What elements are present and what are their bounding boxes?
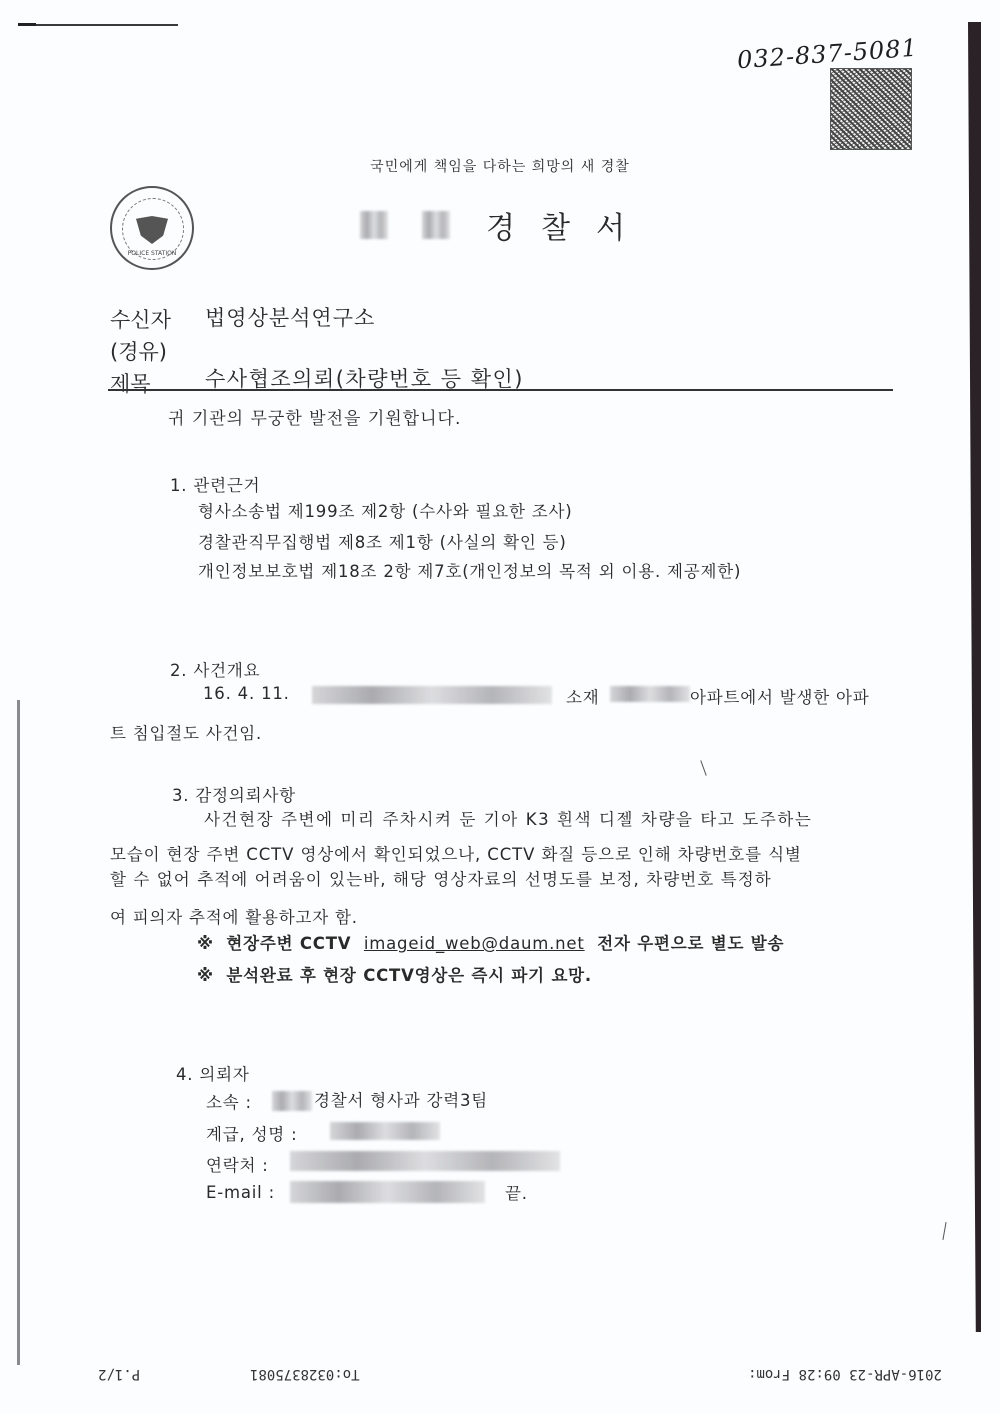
legal-basis-line: 형사소송법 제199조 제2항 (수사와 필요한 조사) bbox=[198, 498, 572, 522]
greeting: 귀 기관의 무궁한 발전을 기원합니다. bbox=[168, 404, 461, 429]
requester-affiliation-value: 경찰서 형사과 강력3팀 bbox=[314, 1087, 488, 1111]
redacted-contact bbox=[290, 1151, 560, 1171]
scan-right-edge-bar bbox=[968, 22, 981, 1332]
redacted-email bbox=[290, 1181, 485, 1203]
redacted-address bbox=[312, 686, 552, 704]
fax-timestamp: 2016-APR-23 09:28 From: bbox=[748, 1366, 942, 1382]
scan-edge-mark bbox=[18, 23, 36, 26]
redacted-block bbox=[360, 211, 388, 239]
incident-summary-continuation: 트 침입절도 사건임. bbox=[110, 720, 262, 744]
section-3-heading: 3. 감정의뢰사항 bbox=[172, 782, 296, 806]
recipient-value: 법영상분석연구소 bbox=[205, 302, 375, 332]
title-text: 경찰서 bbox=[486, 203, 651, 247]
section-1-heading: 1. 관련근거 bbox=[170, 472, 260, 496]
note-cctv-email: ※ 현장주변 CCTV imageid_web@daum.net 전자 우편으로… bbox=[197, 930, 784, 954]
request-detail-line: 여 피의자 추적에 활용하고자 함. bbox=[110, 904, 358, 928]
legal-basis-line: 경찰관직무집행법 제8조 제1항 (사실의 확인 등) bbox=[198, 529, 567, 553]
via-label: (경유) bbox=[110, 336, 167, 366]
request-detail-line: 사건현장 주변에 미리 주차시켜 둔 기아 K3 흰색 디젤 차량을 타고 도주… bbox=[204, 806, 812, 830]
note-suffix: 전자 우편으로 별도 발송 bbox=[597, 934, 784, 953]
section-2-heading: 2. 사건개요 bbox=[170, 657, 260, 681]
location-suffix: 소재 bbox=[566, 684, 599, 708]
incident-date: 16. 4. 11. bbox=[203, 684, 290, 703]
incident-summary: 아파트에서 발생한 아파 bbox=[690, 684, 869, 708]
scan-left-edge-line bbox=[17, 700, 20, 1365]
reference-mark: ※ bbox=[197, 934, 214, 953]
recipient-label: 수신자 bbox=[110, 304, 171, 334]
requester-affiliation-label: 소속 : bbox=[206, 1089, 252, 1113]
fax-page-number: P.1/2 bbox=[98, 1366, 140, 1382]
redacted-block bbox=[422, 211, 450, 239]
note-text: 분석완료 후 현장 CCTV영상은 즉시 파기 요망. bbox=[226, 966, 592, 985]
page-title: 경찰서 bbox=[360, 203, 651, 247]
scan-edge-line bbox=[18, 24, 178, 26]
reference-mark: ※ bbox=[197, 966, 214, 985]
divider bbox=[108, 389, 893, 391]
fax-to-number: To:0328375081 bbox=[250, 1366, 360, 1382]
end-mark: 끝. bbox=[505, 1180, 528, 1204]
request-detail-line: 할 수 없어 추적에 어려움이 있는바, 해당 영상자료의 선명도를 보정, 차… bbox=[110, 866, 772, 890]
requester-email-label: E-mail : bbox=[206, 1183, 275, 1202]
note-destroy-footage: ※ 분석완료 후 현장 CCTV영상은 즉시 파기 요망. bbox=[197, 962, 592, 986]
email-link[interactable]: imageid_web@daum.net bbox=[364, 934, 585, 953]
legal-basis-line: 개인정보보호법 제18조 2항 제7호(개인정보의 목적 외 이용. 제공제한) bbox=[198, 558, 741, 582]
scan-speck bbox=[700, 760, 706, 775]
redacted-rank-name bbox=[330, 1122, 440, 1140]
requester-contact-label: 연락처 : bbox=[206, 1152, 269, 1176]
request-detail-line: 모습이 현장 주변 CCTV 영상에서 확인되었으나, CCTV 화질 등으로 … bbox=[110, 841, 802, 865]
scan-speck bbox=[942, 1222, 946, 1240]
redacted-apartment-name bbox=[610, 686, 690, 702]
section-4-heading: 4. 의뢰자 bbox=[176, 1061, 250, 1085]
subject-label: 제목 bbox=[110, 368, 151, 398]
qr-code bbox=[830, 68, 912, 150]
police-seal-icon: POLICE STATION bbox=[110, 186, 194, 270]
slogan: 국민에게 책임을 다하는 희망의 새 경찰 bbox=[0, 156, 1000, 176]
slogan-text: 국민에게 책임을 다하는 희망의 새 경찰 bbox=[370, 156, 630, 176]
requester-rank-name-label: 계급, 성명 : bbox=[206, 1121, 297, 1145]
note-prefix: 현장주변 CCTV bbox=[226, 934, 351, 953]
redacted-station-name bbox=[272, 1091, 312, 1111]
